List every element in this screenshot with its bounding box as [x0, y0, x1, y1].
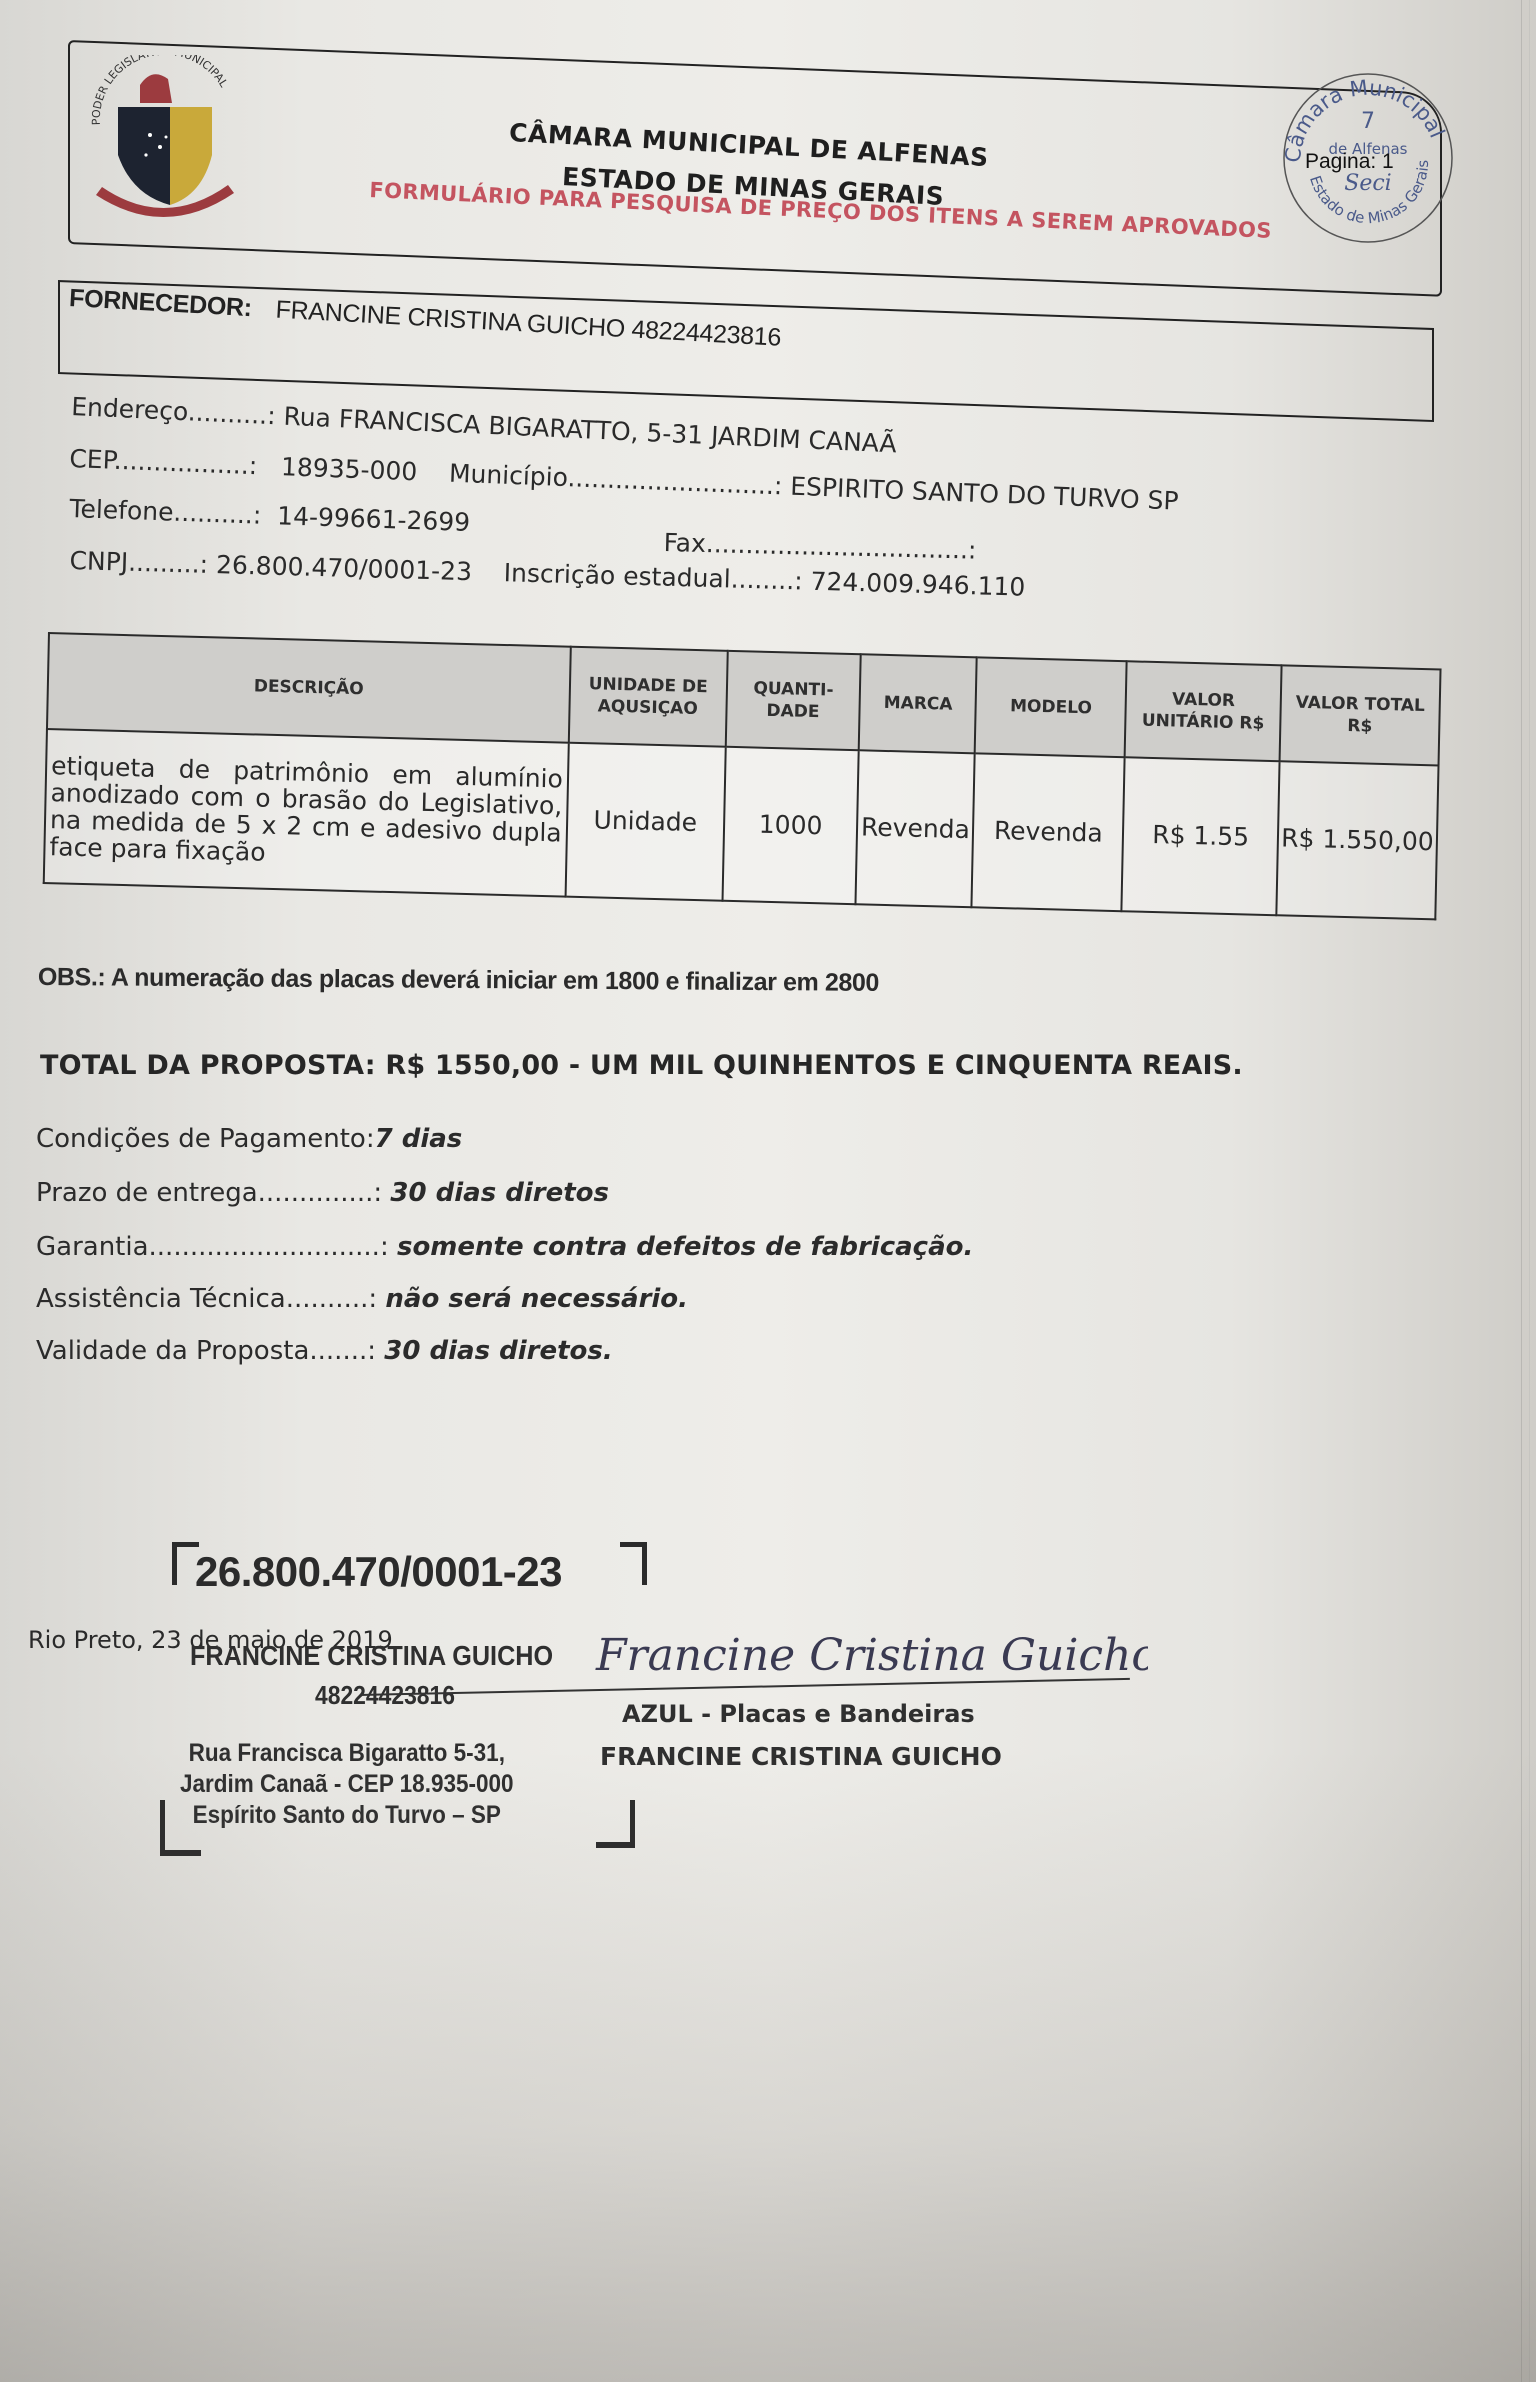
condition-validity: Validade da Proposta.......: 30 dias dir…	[36, 1336, 613, 1366]
cell-description: etiqueta de patrimônio em alumínio anodi…	[44, 729, 569, 897]
svg-text:Seci: Seci	[1344, 171, 1391, 196]
address-label: Endereço..........:	[71, 392, 277, 430]
cep-label: CEP.................:	[69, 444, 258, 480]
fax-row: Fax.................................:	[663, 528, 976, 565]
fax-label: Fax.................................:	[663, 528, 976, 565]
svg-text:Francine Cristina Guicho: Francine Cristina Guicho	[595, 1630, 1148, 1681]
cnpj-value: 26.800.470/0001-23	[216, 550, 473, 586]
col-header-unit: UNIDADE DE AQUSIÇAO	[569, 647, 728, 747]
company-name: AZUL - Placas e Bandeiras	[622, 1700, 975, 1728]
stamp-id: 48224423816	[315, 1680, 455, 1711]
condition-value: somente contra defeitos de fabricação.	[397, 1232, 973, 1262]
cep-value: 18935-000	[281, 452, 418, 486]
condition-value: não será necessário.	[385, 1284, 688, 1314]
photo-shadow	[0, 1750, 1536, 2382]
condition-value: 30 dias diretos	[390, 1178, 609, 1208]
header-frame	[68, 40, 1442, 297]
condition-warranty: Garantia............................: so…	[36, 1232, 973, 1262]
condition-tech-support: Assistência Técnica..........: não será …	[36, 1284, 688, 1314]
svg-text:7: 7	[1361, 109, 1375, 134]
col-header-brand: MARCA	[859, 654, 977, 753]
phone-row: Telefone..........: 14-99661-2699	[69, 494, 471, 537]
condition-delivery: Prazo de entrega..............: 30 dias …	[36, 1178, 609, 1208]
state-registration-value: 724.009.946.110	[810, 567, 1025, 602]
cnpj-label: CNPJ.........:	[69, 546, 208, 579]
phone-label: Telefone..........:	[69, 494, 262, 530]
page-number: Pagina: 1	[1305, 150, 1394, 174]
cell-unit-price: R$ 1.55	[1122, 757, 1280, 915]
handwritten-signature-icon: Francine Cristina Guicho	[588, 1600, 1148, 1710]
crest-logo-icon: PODER LEGISLATIVO MUNICIPAL	[80, 55, 250, 220]
condition-value: 7 dias	[375, 1124, 463, 1154]
state-registration-label: Inscrição estadual........:	[503, 558, 803, 595]
col-header-description: DESCRIÇÃO	[47, 633, 571, 743]
cell-total-price: R$ 1.550,00	[1276, 761, 1438, 919]
observation-note: OBS.: A numeração das placas deverá inic…	[38, 963, 879, 998]
municipio-value: ESPIRITO SANTO DO TURVO SP	[790, 472, 1179, 516]
stamp-name: FRANCINE CRISTINA GUICHO	[190, 1640, 553, 1672]
phone-value: 14-99661-2699	[277, 501, 471, 537]
proposal-total: TOTAL DA PROPOSTA: R$ 1550,00 - UM MIL Q…	[40, 1050, 1243, 1081]
col-header-quantity: QUANTI- DADE	[725, 651, 861, 750]
condition-label: Prazo de entrega..............:	[36, 1178, 382, 1208]
condition-label: Validade da Proposta.......:	[36, 1336, 376, 1366]
cnpj-stamp: 26.800.470/0001-23	[195, 1548, 562, 1596]
condition-value: 30 dias diretos.	[384, 1336, 612, 1366]
cell-unit: Unidade	[565, 743, 725, 901]
municipio-label: Município..........................:	[448, 459, 782, 501]
cell-model: Revenda	[972, 753, 1125, 911]
address-value: Rua FRANCISCA BIGARATTO, 5-31 JARDIM CAN…	[283, 402, 897, 459]
condition-label: Assistência Técnica..........:	[36, 1284, 377, 1314]
items-table: DESCRIÇÃO UNIDADE DE AQUSIÇAO QUANTI- DA…	[43, 632, 1448, 921]
condition-payment: Condições de Pagamento:7 dias	[36, 1124, 462, 1154]
cell-brand: Revenda	[856, 750, 975, 907]
col-header-unit-price: VALOR UNITÁRIO R$	[1125, 661, 1282, 761]
condition-label: Condições de Pagamento:	[36, 1124, 375, 1154]
cell-quantity: 1000	[722, 747, 859, 904]
col-header-total-price: VALOR TOTAL R$	[1280, 665, 1441, 765]
condition-label: Garantia............................:	[36, 1232, 389, 1262]
stamp-corner	[620, 1542, 647, 1585]
col-header-model: MODELO	[975, 657, 1127, 757]
